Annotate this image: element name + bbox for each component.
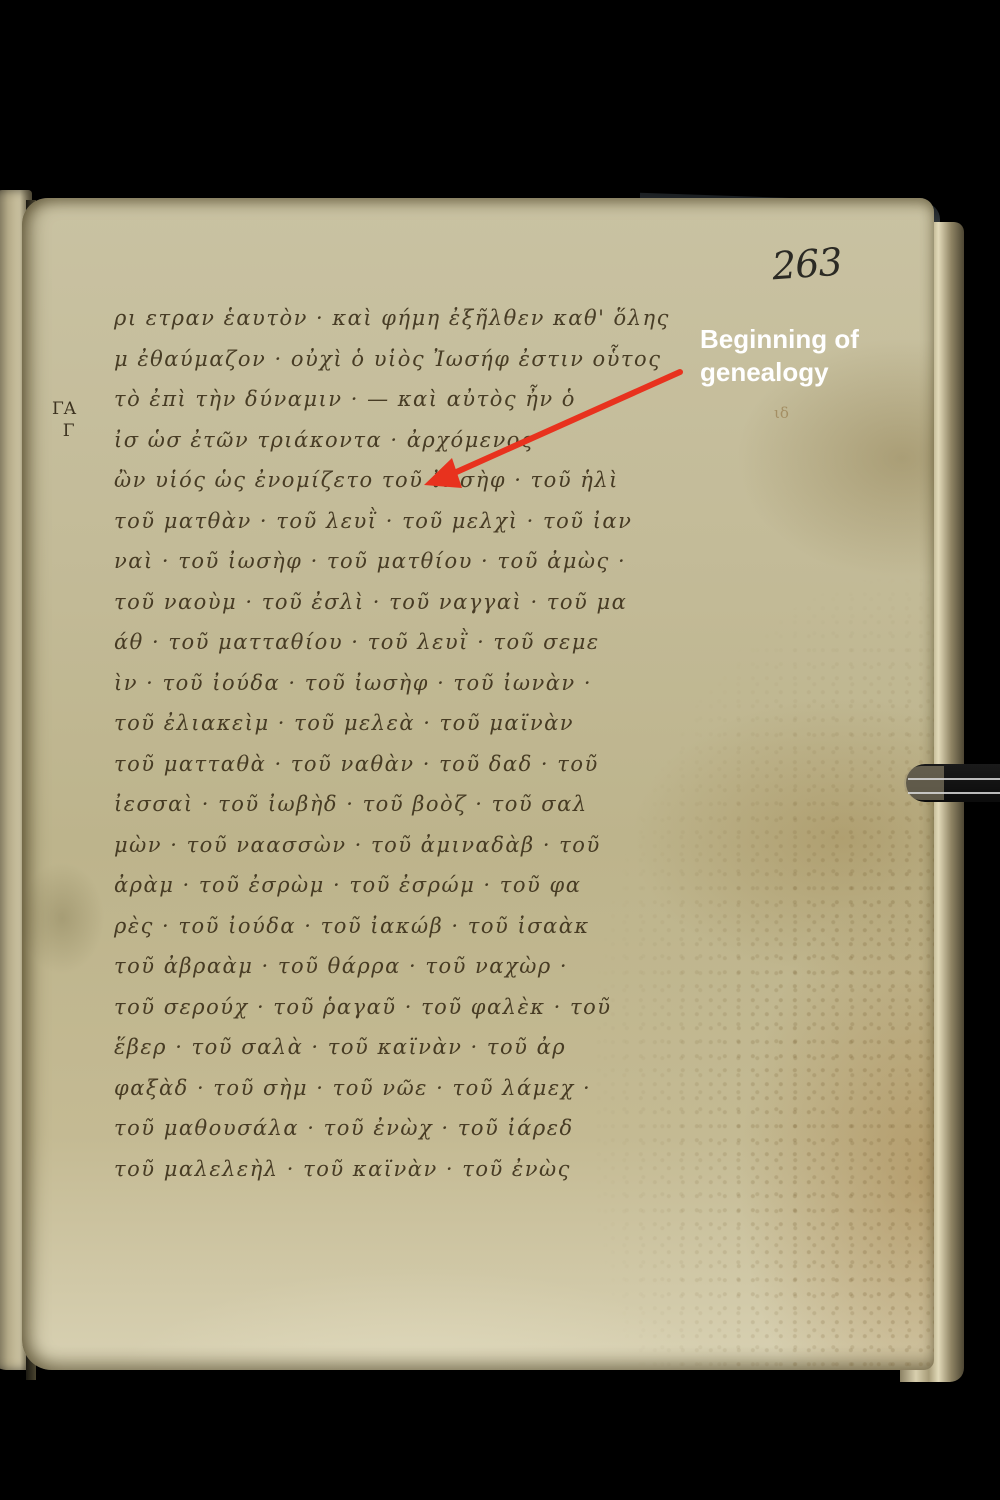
text-line: μὼν · τοῦ ναασσὼν · τοῦ ἀμιναδὰβ · τοῦ (114, 825, 734, 866)
text-line: ὶν · τοῦ ἰούδα · τοῦ ἰωσὴφ · τοῦ ἰωνὰν · (114, 663, 734, 704)
text-line: ναὶ · τοῦ ἰωσὴφ · τοῦ ματθίου · τοῦ ἀμὼς… (114, 541, 734, 582)
text-line: τοῦ ἐλιακεὶμ · τοῦ μελεὰ · τοῦ μαϊνὰν (114, 703, 734, 744)
text-line: τοῦ ματταθὰ · τοῦ ναθὰν · τοῦ δαδ · τοῦ (114, 744, 734, 785)
manuscript-photo: 263 ΓΑ Γ ιδ ρι ετραν ἑαυτὸν · καὶ φήμη ἐ… (0, 0, 1000, 1500)
text-line: μ ἐθαύμαζον · οὐχὶ ὁ υἱὸς Ἰωσήφ ἐστιν οὗ… (114, 339, 734, 380)
folio-number: 263 (771, 240, 843, 289)
text-line: τὸ ἐπὶ τὴν δύναμιν · — καὶ αὐτὸς ἦν ὁ (114, 379, 734, 420)
bookmark-tip (904, 766, 944, 800)
text-line: τοῦ μαλελεὴλ · τοῦ καϊνὰν · τοῦ ἐνὼς (114, 1149, 734, 1190)
text-line: ἰεσσαὶ · τοῦ ἰωβὴδ · τοῦ βοὸζ · τοῦ σαλ (114, 784, 734, 825)
text-line: φαξὰδ · τοῦ σὴμ · τοῦ νῶε · τοῦ λάμεχ · (114, 1068, 734, 1109)
marginal-note-left: ΓΑ Γ (52, 398, 76, 442)
bookmark-stripe (908, 792, 1000, 794)
text-line: ἕβερ · τοῦ σαλὰ · τοῦ καϊνὰν · τοῦ ἀρ (114, 1027, 734, 1068)
bookmark-stripe (908, 778, 1000, 780)
text-line: ρὲς · τοῦ ἰούδα · τοῦ ἰακώβ · τοῦ ἰσαὰκ (114, 906, 734, 947)
text-line: τοῦ σερούχ · τοῦ ῥαγαῦ · τοῦ φαλὲκ · τοῦ (114, 987, 734, 1028)
text-line: ρι ετραν ἑαυτὸν · καὶ φήμη ἐξῆλθεν καθ' … (114, 298, 734, 339)
greek-text-block: ρι ετραν ἑαυτὸν · καὶ φήμη ἐξῆλθεν καθ' … (114, 298, 734, 1189)
annotation-label: Beginning of genealogy (700, 323, 859, 389)
text-line: ἀρὰμ · τοῦ ἐσρὼμ · τοῦ ἐσρώμ · τοῦ φα (114, 865, 734, 906)
text-line: τοῦ μαθουσάλα · τοῦ ἐνὼχ · τοῦ ἰάρεδ (114, 1108, 734, 1149)
marginal-note-right: ιδ (774, 404, 789, 422)
text-line-genealogy-start: ὢν υἱός ὡς ἐνομίζετο τοῦ ἰωσὴφ · τοῦ ἡλὶ (114, 460, 734, 501)
text-line: τοῦ ναοὺμ · τοῦ ἐσλὶ · τοῦ ναγγαὶ · τοῦ … (114, 582, 734, 623)
text-line: άθ · τοῦ ματταθίου · τοῦ λευῒ · τοῦ σεμε (114, 622, 734, 663)
text-line: τοῦ ματθὰν · τοῦ λευῒ · τοῦ μελχὶ · τοῦ … (114, 501, 734, 542)
text-line: ἰσ ὡσ ἐτῶν τριάκοντα · ἀρχόμενος (114, 420, 734, 461)
text-line: τοῦ ἀβραὰμ · τοῦ θάρρα · τοῦ ναχὼρ · (114, 946, 734, 987)
